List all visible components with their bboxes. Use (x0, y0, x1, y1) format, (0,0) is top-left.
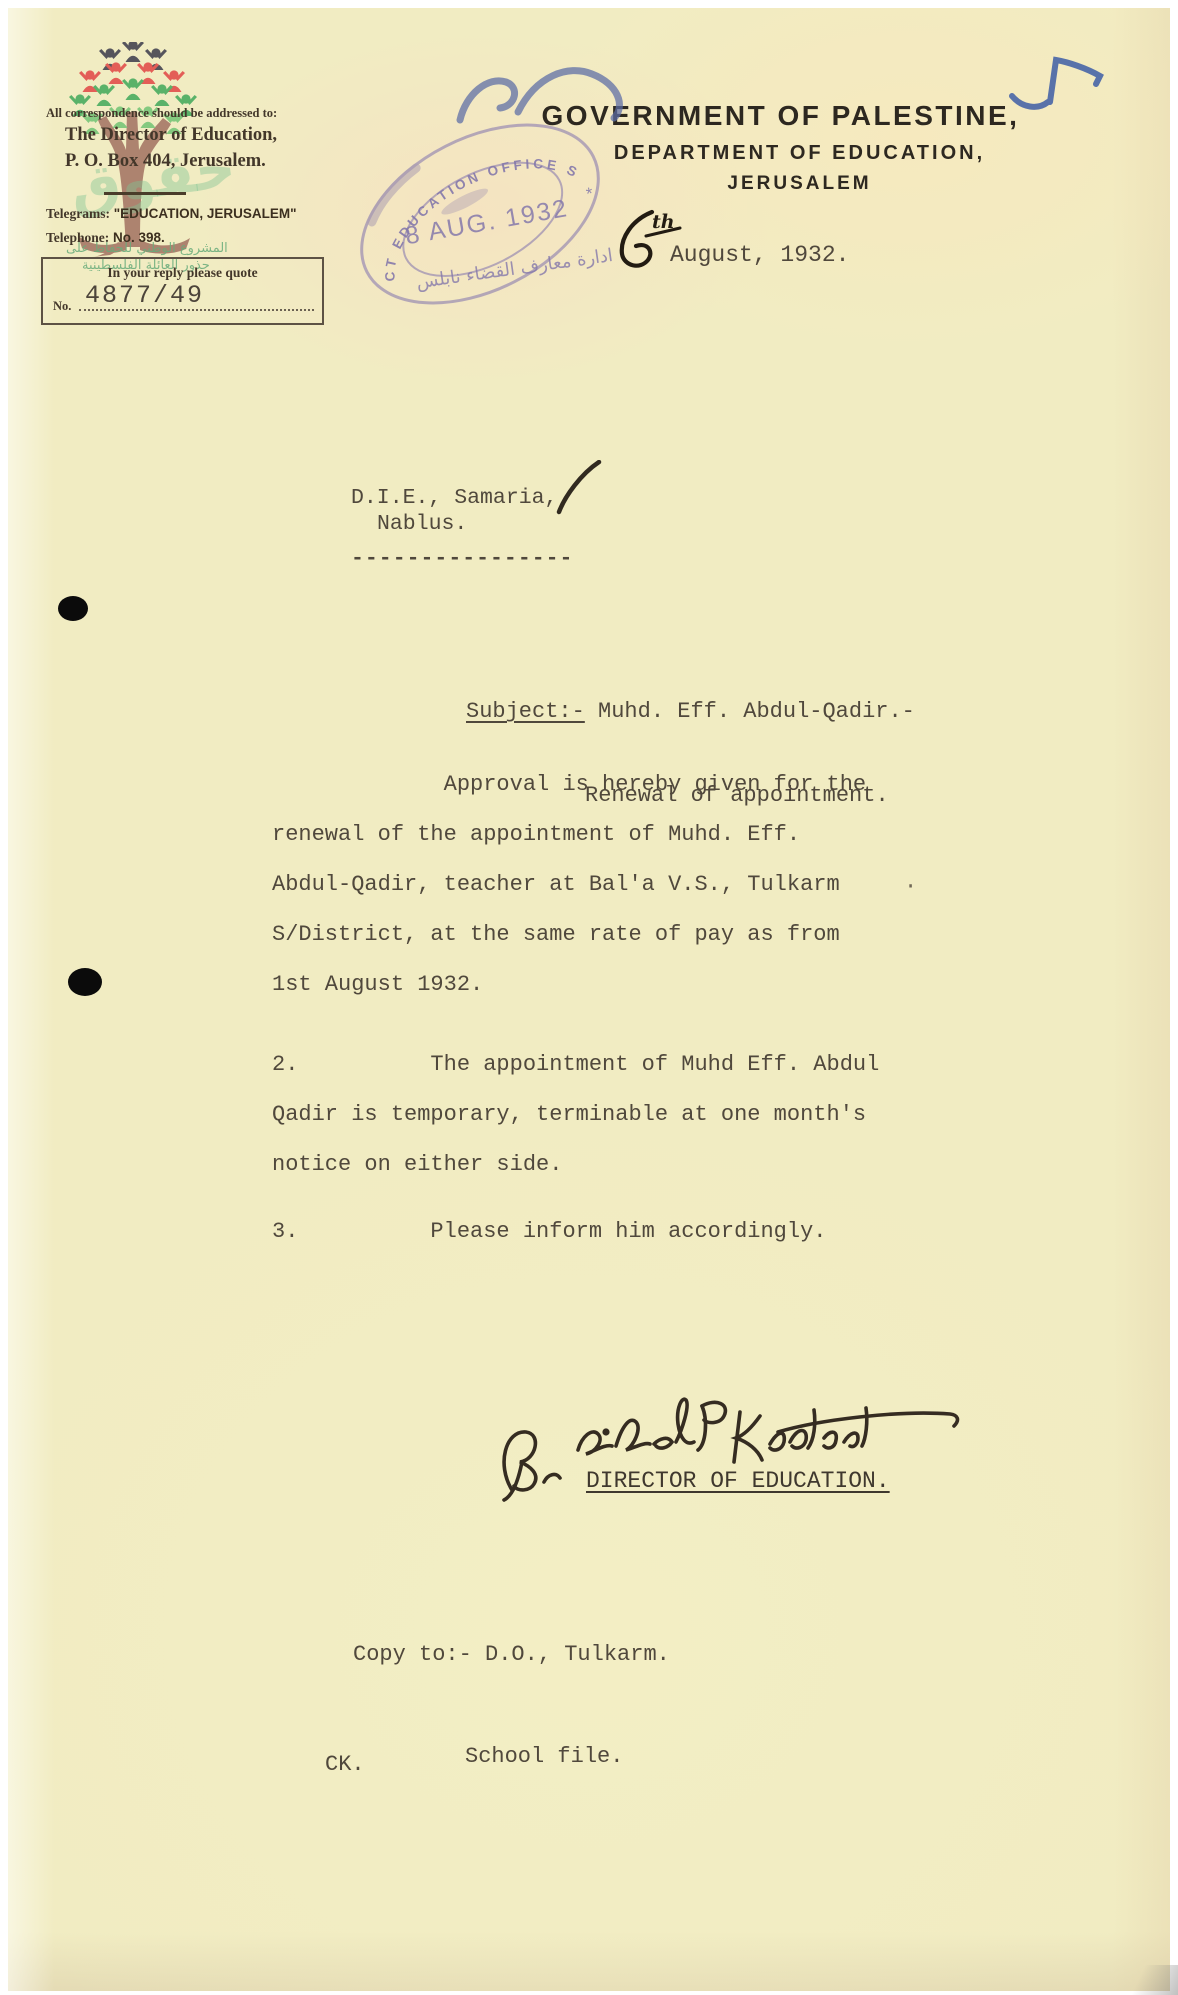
reply-quote-box: In your reply please quote No. 4877/49 (41, 257, 324, 325)
letter-page: حقوق All correspondence should be addres… (8, 8, 1170, 1991)
pobox-line: P. O. Box 404, Jerusalem. (65, 151, 266, 172)
hole-punch-bottom (68, 968, 102, 996)
hole-punch-top (58, 596, 88, 621)
watermark-text-line1: المشروع الوطني للحفاظ على (66, 241, 228, 256)
recipient-line1: D.I.E., Samaria, (351, 485, 573, 511)
handwritten-tick-mark (551, 460, 606, 520)
stamp-arabic-text: ادارة معارف القضاء نابلس (415, 245, 614, 293)
scanned-letter: حقوق All correspondence should be addres… (0, 0, 1178, 1995)
correspondence-note: All correspondence should be addressed t… (46, 106, 277, 121)
body-paragraph-1: Approval is hereby given for the renewal… (272, 760, 866, 1010)
reference-number: 4877/49 (85, 281, 204, 310)
subject-line1: Subject:- Muhd. Eff. Abdul-Qadir.- (466, 698, 915, 726)
copy-to-line2: School file. (353, 1740, 670, 1774)
director-of-education-line: The Director of Education, (65, 125, 277, 146)
scan-corner-shadow (1088, 1965, 1178, 1995)
body-paragraph-2: 2. The appointment of Muhd Eff. Abdul Qa… (272, 1040, 879, 1190)
copy-to-line1: Copy to:- D.O., Tulkarm. (353, 1638, 670, 1672)
quote-no-label: No. (53, 299, 71, 314)
typist-initials: CK. (325, 1752, 365, 1777)
handwritten-blue-corner-mark (998, 40, 1128, 130)
handwritten-blue-scrawl (440, 56, 670, 151)
quote-box-caption: In your reply please quote (43, 265, 322, 281)
handwritten-ordinal: th (652, 211, 675, 233)
typed-date: August, 1932. (670, 242, 849, 268)
letterhead-divider-rule (104, 192, 186, 195)
signature-title: DIRECTOR OF EDUCATION. (586, 1468, 890, 1494)
stamp-star: * (585, 184, 595, 204)
stray-ink-dot: · (904, 874, 917, 899)
body-paragraph-3: 3. Please inform him accordingly. (272, 1207, 827, 1257)
telegrams-value: "EDUCATION, JERUSALEM" (114, 206, 297, 221)
subject-text: Muhd. Eff. Abdul-Qadir.- (585, 699, 915, 724)
recipient-line2: Nablus. (351, 511, 573, 537)
recipient-underline-dashes: ---------------- (351, 546, 573, 572)
subject-label: Subject:- (466, 699, 585, 724)
telegrams-label: Telegrams: (46, 206, 110, 221)
